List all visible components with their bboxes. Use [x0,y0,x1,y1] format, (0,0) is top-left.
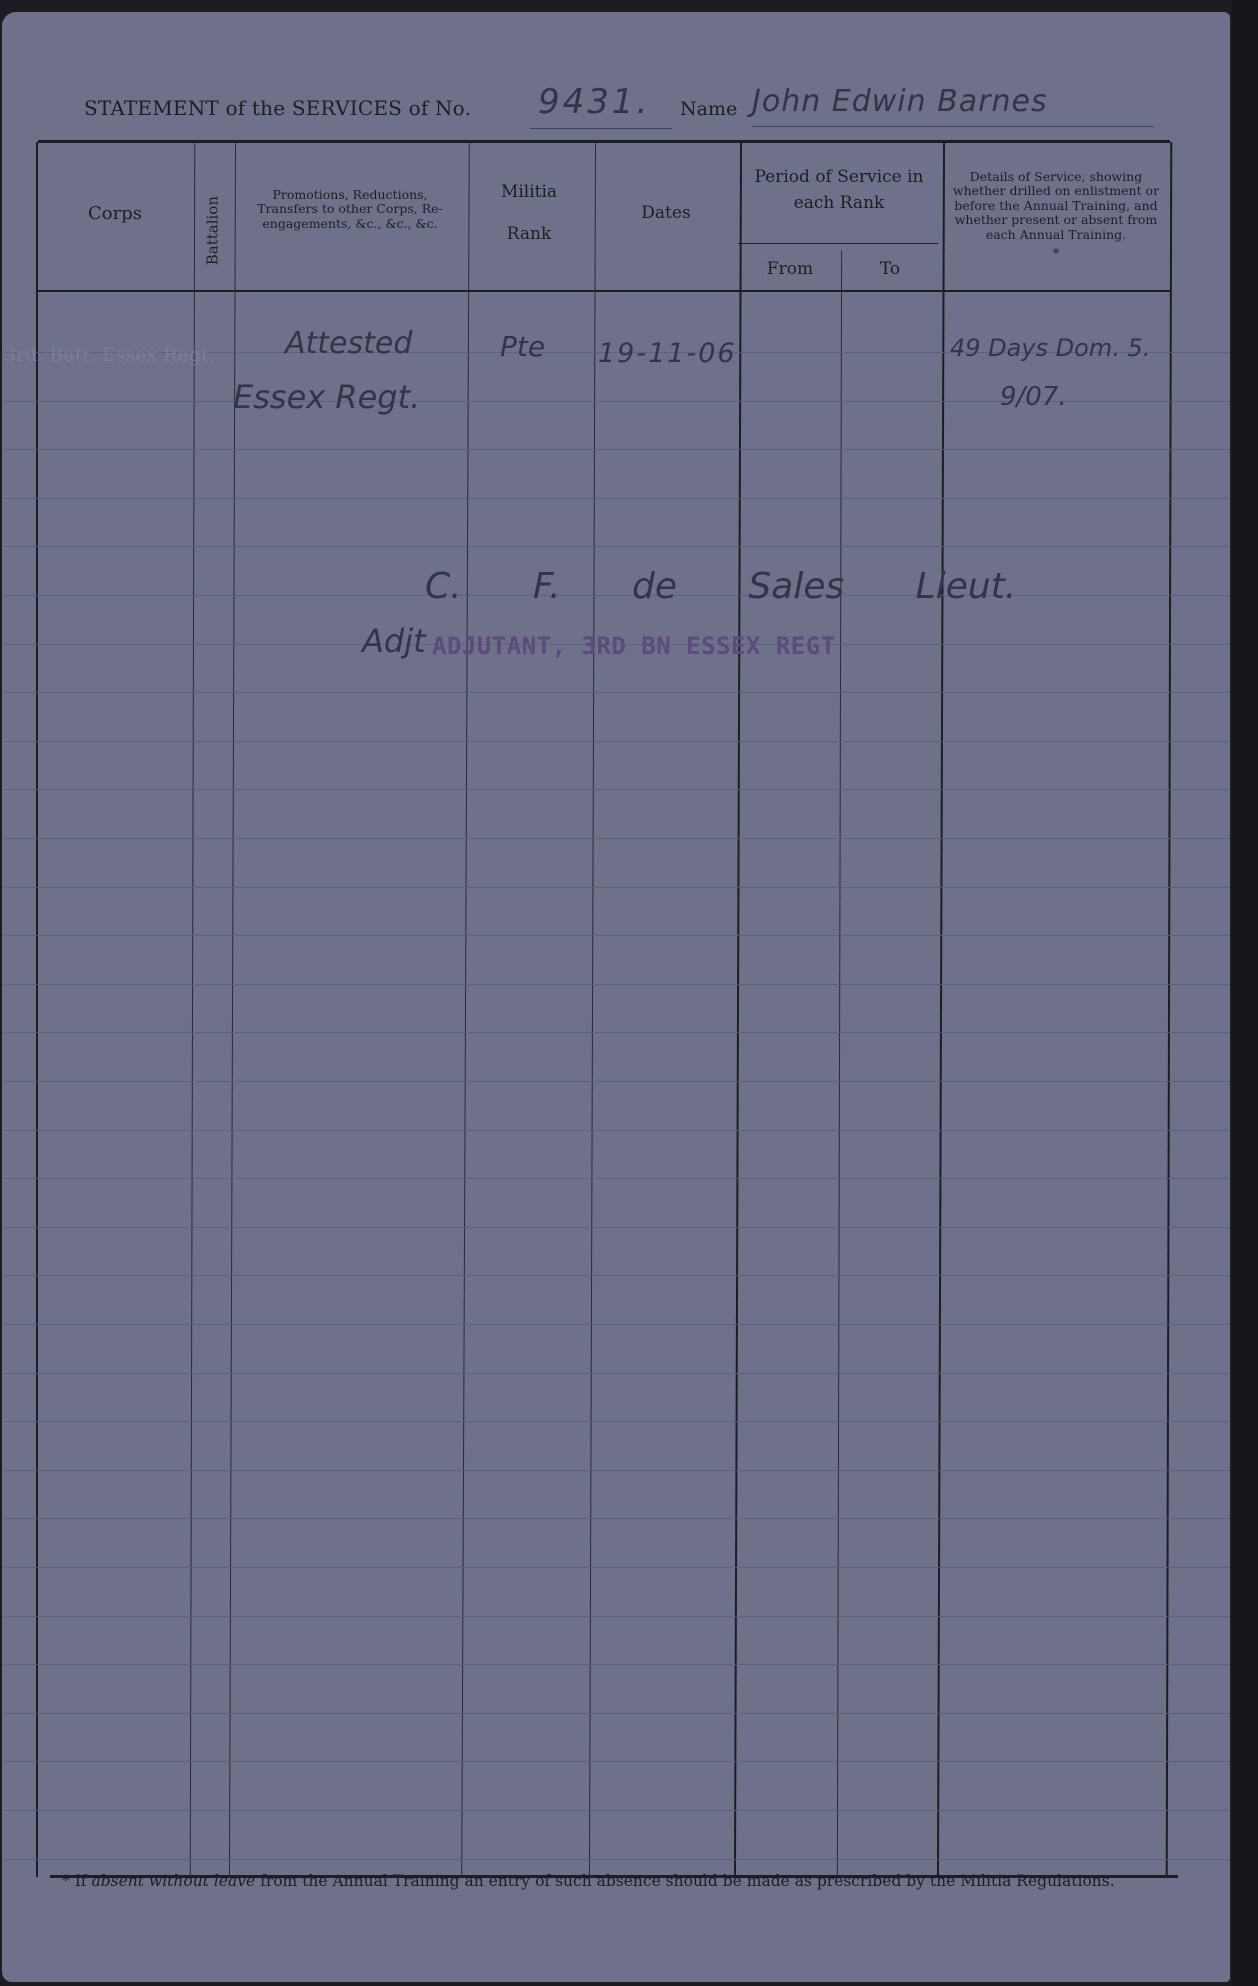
header-corps: Corps [40,204,190,225]
footnote-rest: from the Annual Training an entry of suc… [260,1872,1115,1890]
ruled-line [4,1081,1230,1082]
title-prefix: STATEMENT of the SERVICES of No. [84,96,471,120]
header-period-line1: Period of Service in [740,168,938,188]
row-promotions-line1: Attested [285,326,412,361]
form-title: STATEMENT of the SERVICES of No. [84,96,471,120]
signature-prefix: Adjt [362,622,426,660]
ruled-line [4,1227,1230,1228]
ruled-line [4,1567,1230,1568]
footnote-italic: absent without leave [92,1872,256,1890]
row-corps-stamp: 3rd. Batt. Essex Regt. [4,344,215,366]
ruled-line [4,1713,1230,1714]
ruled-line [4,789,1230,790]
ruled-line [4,1810,1230,1811]
ruled-line [4,1664,1230,1665]
ruled-line [4,1032,1230,1033]
header-details-marker: * [948,248,1164,263]
officer-signature: C. F. de Sales Lieut. [425,566,1016,607]
ruled-line [4,498,1230,499]
header-battalion: Battalion [204,176,221,286]
ruled-line [4,1859,1230,1860]
ruled-line [4,838,1230,839]
header-details: Details of Service, showing whether dril… [948,170,1164,242]
page-edge-shadow [1232,0,1258,1986]
row-militia-rank: Pte [500,330,545,363]
ruled-line [4,1130,1230,1131]
document-page [2,12,1230,1982]
ruled-line [4,1373,1230,1374]
row-details-line1: 49 Days Dom. 5. [950,334,1150,362]
header-period-line2: each Rank [740,194,938,214]
ruled-line [4,692,1230,693]
name-label: Name [680,98,737,120]
ruled-line [4,1178,1230,1179]
footnote: * If absent without leave from the Annua… [62,1872,1115,1890]
footnote-lead: If [75,1872,87,1890]
service-number-underline [530,128,672,129]
header-to: To [842,260,938,280]
row-promotions-line2: Essex Regt. [233,378,420,416]
ruled-line [4,741,1230,742]
row-details-line2: 9/07. [1000,382,1067,412]
period-subheader-divider [738,243,938,244]
ruled-line [4,887,1230,888]
name-value: John Edwin Barnes [752,84,1048,119]
ruled-line [4,1616,1230,1617]
name-underline [752,126,1154,127]
header-from: From [740,260,840,280]
header-promotions: Promotions, Reductions, Transfers to oth… [244,188,456,231]
service-number-value: 9431. [538,82,650,122]
ruled-line [4,1275,1230,1276]
header-dates: Dates [596,204,736,224]
header-bottom-border [38,290,1170,292]
ruled-line [4,449,1230,450]
ruled-line [4,1518,1230,1519]
ruled-line [4,984,1230,985]
ruled-line [4,1761,1230,1762]
ruled-line [4,935,1230,936]
header-militia: Militia [468,183,590,203]
ruled-line [4,546,1230,547]
ruled-line [4,1470,1230,1471]
row-dates: 19-11-06 [598,338,737,369]
header-rank: Rank [468,225,590,245]
adjutant-stamp: ADJUTANT, 3RD BN ESSEX REGT [432,632,836,660]
ruled-line [4,1324,1230,1325]
ruled-line [4,1421,1230,1422]
footnote-marker: * [62,1872,70,1890]
table-top-border [38,140,1170,143]
